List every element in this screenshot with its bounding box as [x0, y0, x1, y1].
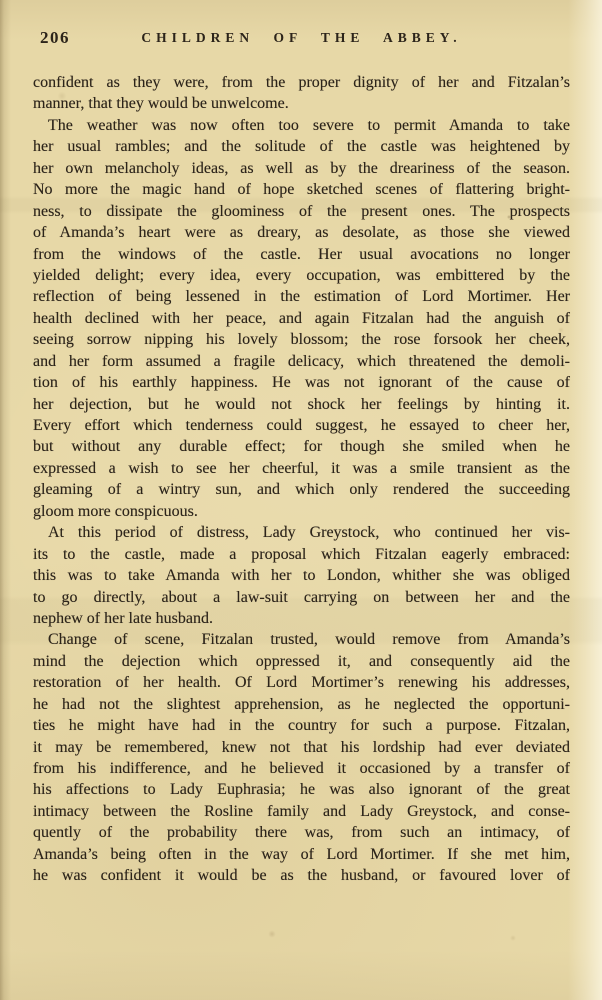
text-line: quently of the probability there was, fr… [33, 822, 570, 843]
text-line: Amanda’s being often in the way of Lord … [33, 844, 570, 865]
text-line: his affections to Lady Euphrasia; he was… [33, 779, 570, 800]
text-line: health declined with her peace, and agai… [33, 308, 570, 329]
text-line: gleaming of a wintry sun, and which only… [33, 479, 570, 500]
text-line: ties he might have had in the country fo… [33, 715, 570, 736]
text-line: her own melancholy ideas, as well as by … [33, 158, 570, 179]
text-line: manner, that they would be unwelcome. [33, 93, 570, 114]
text-line: her dejection, but he would not shock he… [33, 394, 570, 415]
book-page: 206 CHILDREN OF THE ABBEY. confident as … [0, 0, 602, 1000]
text-line: nephew of her late husband. [33, 608, 570, 629]
text-line: The weather was now often too severe to … [33, 115, 570, 136]
text-line: yielded delight; every idea, every occup… [33, 265, 570, 286]
text-line: Change of scene, Fitzalan trusted, would… [33, 629, 570, 650]
text-line: he had not the slightest apprehension, a… [33, 694, 570, 715]
text-line: of Amanda’s heart were as dreary, as des… [33, 222, 570, 243]
page-number: 206 [40, 28, 70, 48]
text-line: from his indifference, and he believed i… [33, 758, 570, 779]
text-line: expressed a wish to see her cheerful, it… [33, 458, 570, 479]
text-line: it may be remembered, knew not that his … [33, 737, 570, 758]
running-head: 206 CHILDREN OF THE ABBEY. [33, 28, 570, 48]
text-line: he was confident it would be as the husb… [33, 865, 570, 886]
text-line: reflection of being lessened in the esti… [33, 286, 570, 307]
text-line: from the windows of the castle. Her usua… [33, 244, 570, 265]
text-line: intimacy between the Rosline family and … [33, 801, 570, 822]
text-line: seeing sorrow nipping his lovely blossom… [33, 329, 570, 350]
text-line: to go directly, about a law-suit carryin… [33, 587, 570, 608]
text-line: and her form assumed a fragile delicacy,… [33, 351, 570, 372]
text-line: gloom more conspicuous. [33, 501, 570, 522]
text-line: tion of his earthly happiness. He was no… [33, 372, 570, 393]
text-line: but without any durable effect; for thou… [33, 436, 570, 457]
text-line: restoration of her health. Of Lord Morti… [33, 672, 570, 693]
text-line: ness, to dissipate the gloominess of the… [33, 201, 570, 222]
text-line: her usual rambles; and the solitude of t… [33, 136, 570, 157]
page-body-text: confident as they were, from the proper … [33, 72, 570, 887]
text-line: mind the dejection which oppressed it, a… [33, 651, 570, 672]
text-line: its to the castle, made a proposal which… [33, 544, 570, 565]
text-line: Every effort which tenderness could sugg… [33, 415, 570, 436]
text-line: this was to take Amanda with her to Lond… [33, 565, 570, 586]
text-line: At this period of distress, Lady Greysto… [33, 522, 570, 543]
text-line: No more the magic hand of hope sketched … [33, 179, 570, 200]
text-line: confident as they were, from the proper … [33, 72, 570, 93]
running-title: CHILDREN OF THE ABBEY. [141, 30, 461, 46]
